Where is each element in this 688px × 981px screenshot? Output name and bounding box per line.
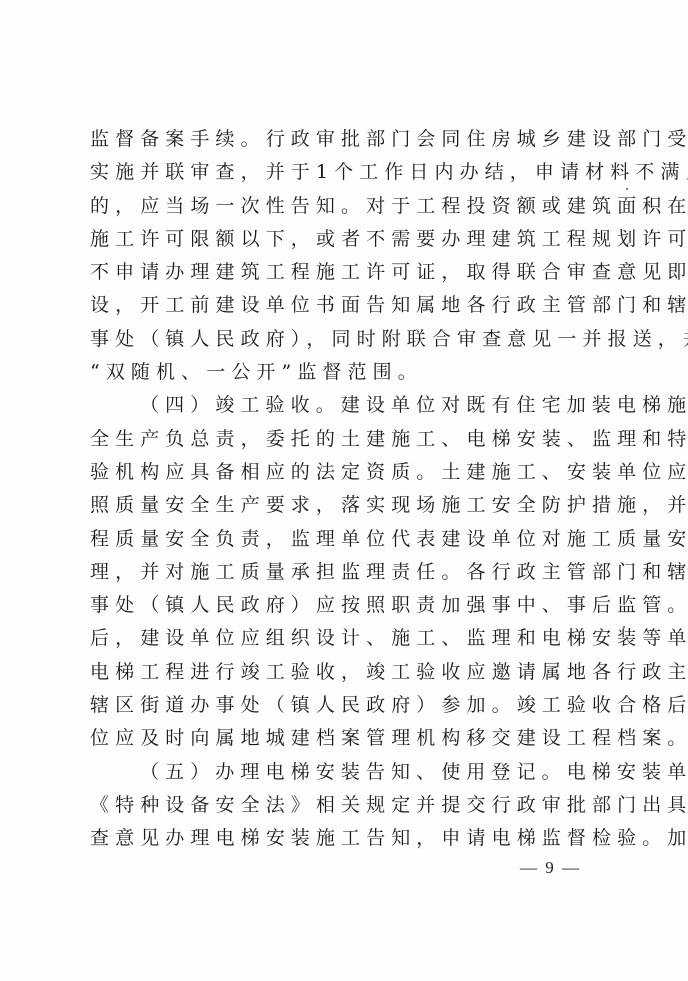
section-heading-5-line: （五）办理电梯安装告知、使用登记。电梯安装单位应按 [90, 756, 600, 789]
text-line-16: 后，建设单位应组织设计、施工、监理和电梯安装等单位对加装 [90, 622, 600, 655]
document-page: 监督备案手续。行政审批部门会同住房城乡建设部门受理后同步 实施并联审查，并于1个… [0, 0, 688, 981]
text-line-19: 位应及时向属地城建档案管理机构移交建设工程档案。 [90, 722, 600, 755]
text-line-10: 全生产负总责，委托的土建施工、电梯安装、监理和特种设备检 [90, 423, 600, 456]
text-line-18: 辖区街道办事处（镇人民政府）参加。竣工验收合格后，建设单 [90, 689, 600, 722]
text-line-3: 的，应当场一次性告知。对于工程投资额或建筑面积在我省规定 [90, 190, 600, 223]
document-body: 监督备案手续。行政审批部门会同住房城乡建设部门受理后同步 实施并联审查，并于1个… [90, 123, 600, 856]
scan-speck [626, 188, 628, 190]
text-line-7: 事处（镇人民政府），同时附联合审查意见一并报送，并纳入 [90, 323, 600, 356]
text-line-17: 电梯工程进行竣工验收，竣工验收应邀请属地各行政主管部门和 [90, 656, 600, 689]
page-number: — 9 — [520, 858, 581, 878]
text-line-15: 事处（镇人民政府）应按照职责加强事中、事后监管。工程竣工 [90, 589, 600, 622]
text-line-5: 不申请办理建筑工程施工许可证，取得联合审查意见即可开工建 [90, 256, 600, 289]
text-line-13: 程质量安全负责，监理单位代表建设单位对施工质量安全实施监 [90, 523, 600, 556]
text-line-21: 《特种设备安全法》相关规定并提交行政审批部门出具的联合审 [90, 789, 600, 822]
text-line-6: 设，开工前建设单位书面告知属地各行政主管部门和辖区街道办 [90, 289, 600, 322]
text-line-22: 查意见办理电梯安装施工告知，申请电梯监督检验。加装电梯的 [90, 822, 600, 855]
text-line-14: 理，并对施工质量承担监理责任。各行政主管部门和辖区街道办 [90, 556, 600, 589]
section-heading-4-line: （四）竣工验收。建设单位对既有住宅加装电梯施工过程安 [90, 389, 600, 422]
text-line-2: 实施并联审查，并于1个工作日内办结，申请材料不满足要求 [90, 156, 600, 189]
text-line-12: 照质量安全生产要求，落实现场施工安全防护措施，并依法对工 [90, 489, 600, 522]
text-line-4: 施工许可限额以下，或者不需要办理建筑工程规划许可证的，可 [90, 223, 600, 256]
text-line-1: 监督备案手续。行政审批部门会同住房城乡建设部门受理后同步 [90, 123, 600, 156]
text-line-11: 验机构应具备相应的法定资质。土建施工、安装单位应当严格按 [90, 456, 600, 489]
scan-speck [623, 626, 625, 628]
text-line-8: “双随机、一公开”监督范围。 [90, 356, 600, 389]
